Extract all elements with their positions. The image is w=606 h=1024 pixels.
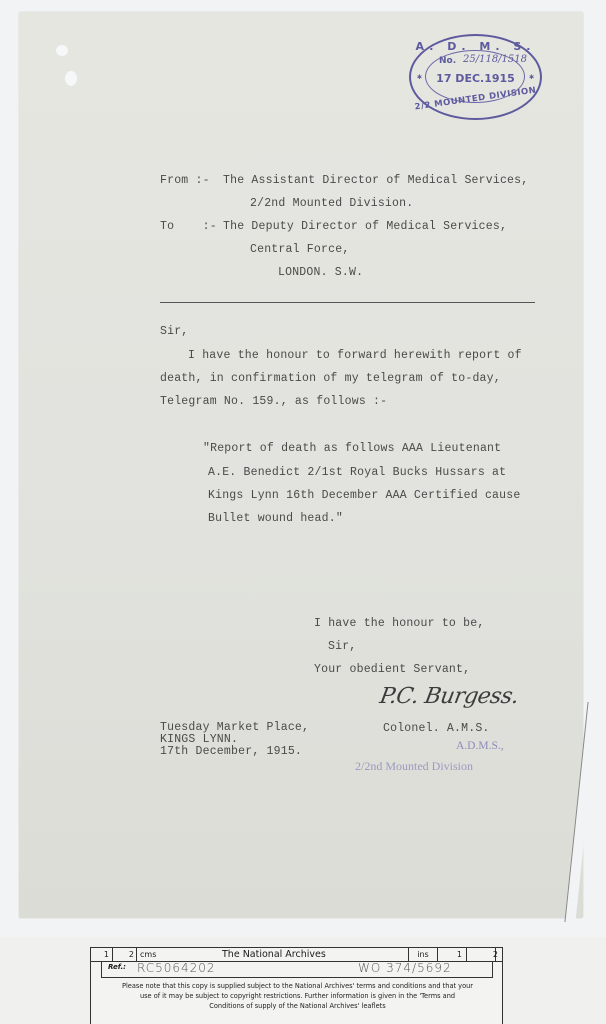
notice-line-2: use of it may be subject to copyright re… [81, 991, 514, 1001]
paragraph-line-2: death, in confirmation of my telegram of… [160, 372, 501, 386]
archive-title-cell: cms The National Archives [137, 948, 409, 961]
scale-row: 1 2 cms The National Archives ins 1 2 [91, 948, 502, 962]
office-stamp-line-1: A.D.M.S., [456, 740, 504, 752]
signature: P.C. Burgess. [378, 684, 521, 709]
punch-hole-top [56, 45, 68, 56]
from-label: From :- [160, 174, 210, 188]
office-stamp-line-2: 2/2nd Mounted Division [355, 759, 473, 774]
notice-line-1: Please note that this copy is supplied s… [81, 981, 514, 991]
address-line-3: 17th December, 1915. [160, 746, 302, 758]
paragraph-line-3: Telegram No. 159., as follows :- [160, 395, 387, 409]
punch-hole-bottom [65, 71, 77, 86]
archive-label-box: 1 2 cms The National Archives ins 1 2 Re… [90, 947, 503, 1024]
torn-edge [564, 702, 598, 922]
quote-line-2: A.E. Benedict 2/1st Royal Bucks Hussars … [208, 466, 506, 480]
scale-cm-1: 1 [91, 948, 113, 961]
reference-row: Ref.: RC5064202 WO 374/5692 [101, 961, 493, 978]
to-label: To :- [160, 220, 217, 234]
ref-label: Ref.: [108, 963, 126, 971]
from-line-1: The Assistant Director of Medical Servic… [223, 174, 528, 188]
document-sheet [19, 12, 583, 918]
scale-in-blank [467, 948, 496, 961]
received-stamp: A. D. M. S. ✱ ✱ No. 25/118/1518 17 DEC.1… [409, 34, 542, 120]
salutation: Sir, [160, 325, 188, 339]
scale-in-1: 1 [438, 948, 467, 961]
closing-line-2: Sir, [328, 640, 356, 654]
scale-in-2-label: 2 [493, 948, 498, 961]
stamp-number-prefix: No. [439, 56, 456, 66]
quote-line-4: Bullet wound head." [208, 512, 343, 526]
closing-line-3: Your obedient Servant, [314, 663, 470, 677]
header-divider [160, 302, 535, 303]
to-line-2: Central Force, [250, 243, 349, 257]
signatory-rank: Colonel. A.M.S. [383, 722, 490, 736]
to-line-1: The Deputy Director of Medical Services, [223, 220, 507, 234]
from-line-2: 2/2nd Mounted Division. [250, 197, 413, 211]
copyright-notice: Please note that this copy is supplied s… [81, 981, 514, 1011]
paragraph-line-1: I have the honour to forward herewith re… [188, 349, 522, 363]
notice-line-3: Conditions of supply of the National Arc… [81, 1001, 514, 1011]
archive-title: The National Archives [222, 948, 326, 961]
stamp-date: 17 DEC.1915 [411, 72, 540, 85]
quote-line-3: Kings Lynn 16th December AAA Certified c… [208, 489, 520, 503]
piece-reference: WO 374/5692 [358, 961, 452, 975]
cms-label: cms [140, 948, 156, 961]
quote-line-1: "Report of death as follows AAA Lieutena… [203, 442, 501, 456]
to-line-3: LONDON. S.W. [278, 266, 363, 280]
stamp-number: 25/118/1518 [463, 54, 527, 65]
image-reference: RC5064202 [137, 961, 216, 975]
ins-label: ins [409, 948, 438, 961]
closing-line-1: I have the honour to be, [314, 617, 484, 631]
scale-cm-2: 2 [113, 948, 137, 961]
